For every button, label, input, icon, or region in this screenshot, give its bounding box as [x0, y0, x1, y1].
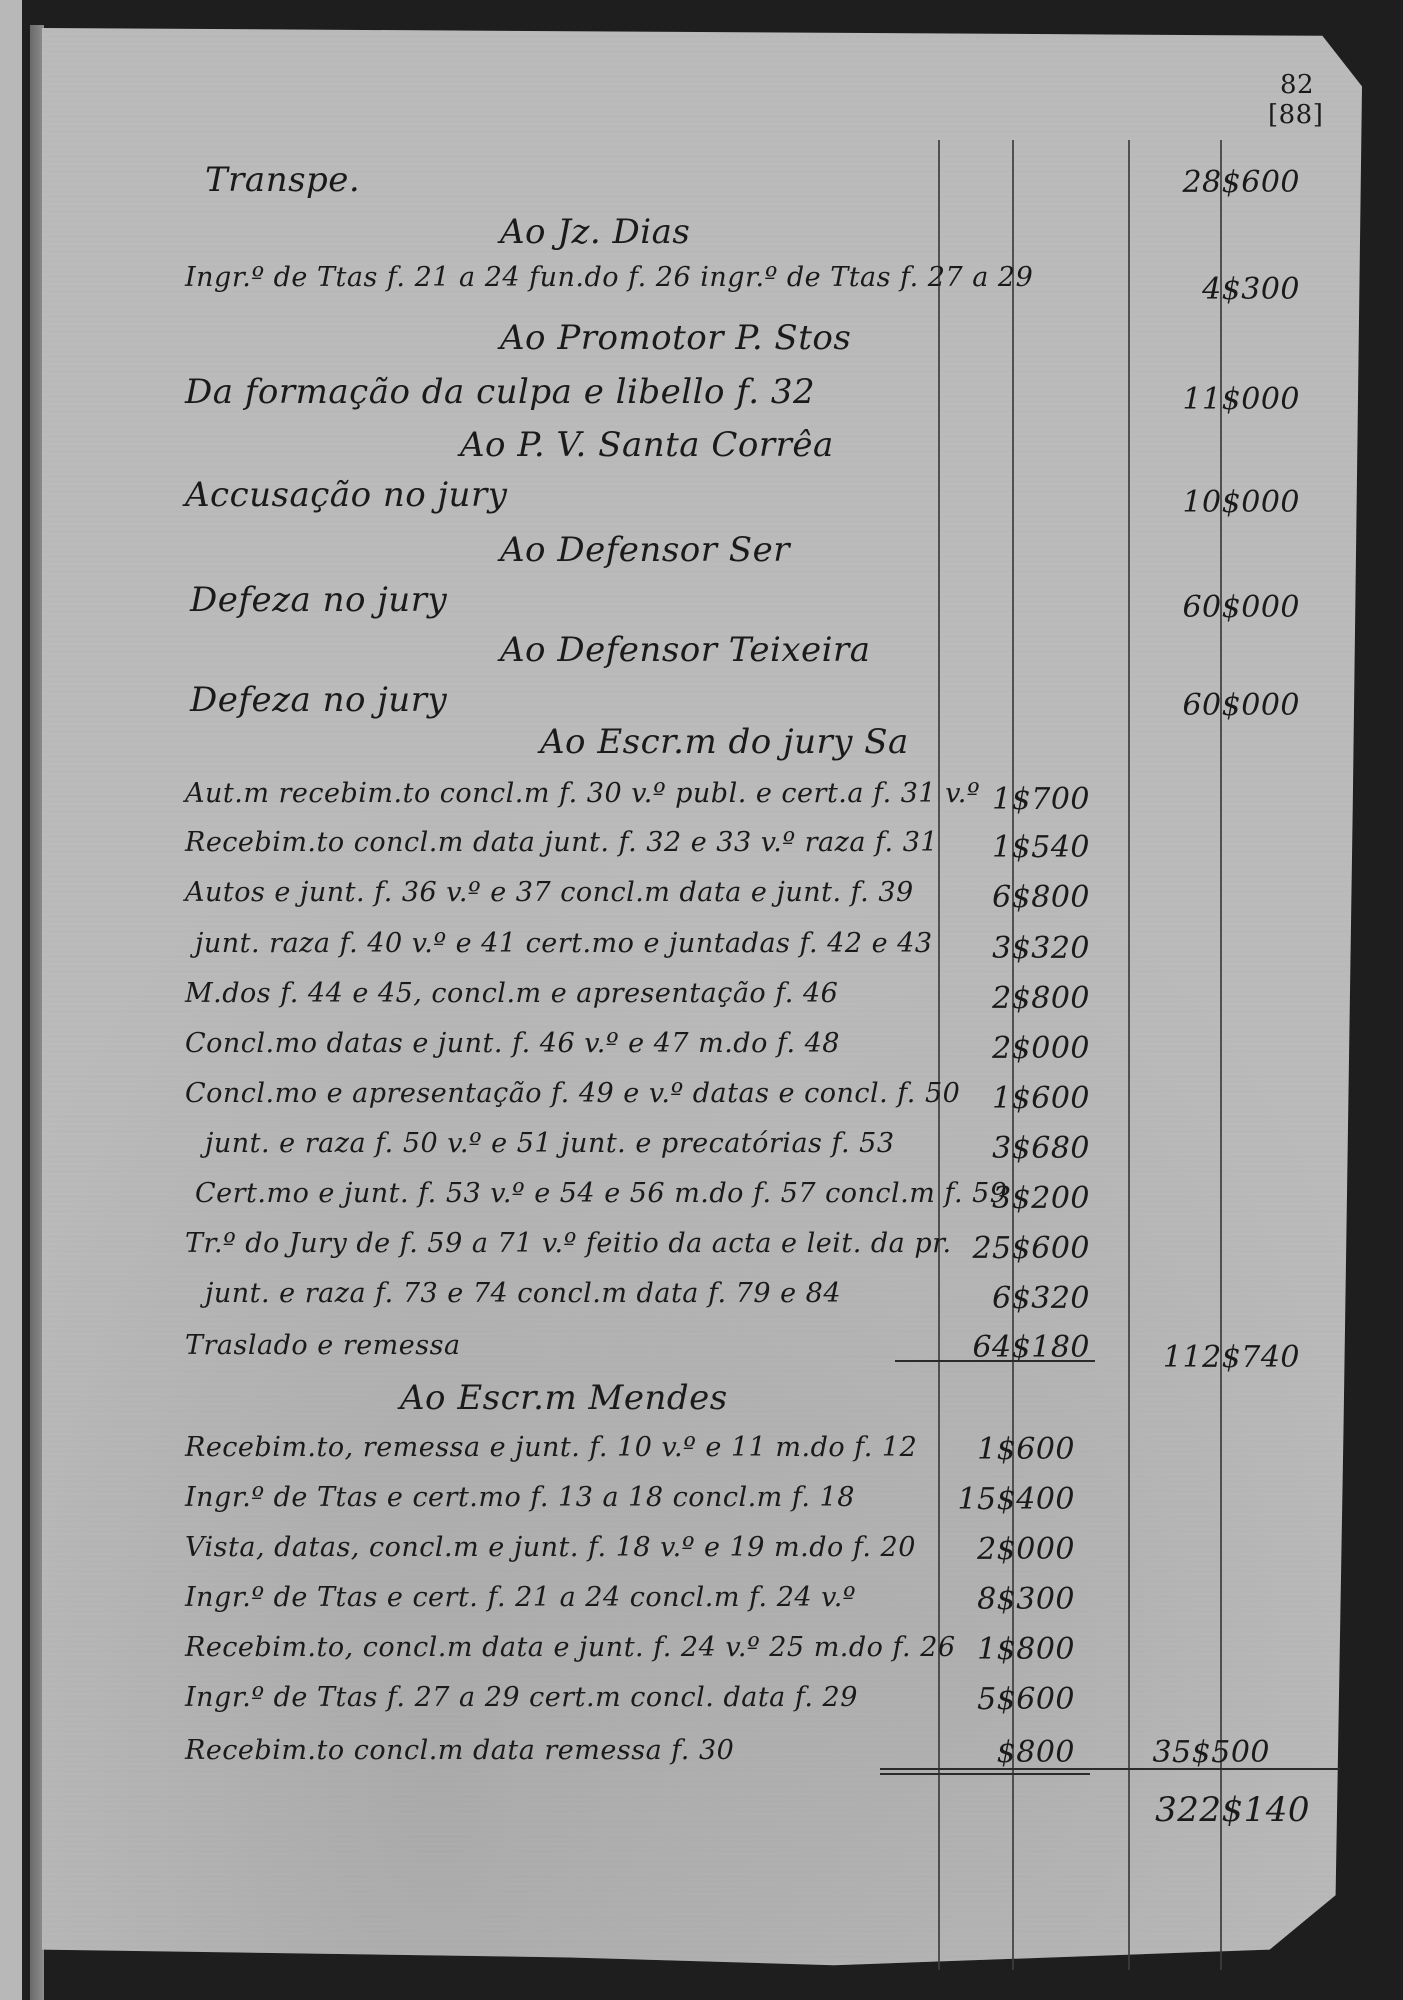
entry-text: junt. e raza f. 73 e 74 concl.m data f. …: [205, 1278, 841, 1309]
entry-amount: 15$400: [925, 1482, 1075, 1517]
entry-text: Defeza no jury: [190, 680, 447, 720]
section-heading: Ao Defensor Ser: [500, 530, 790, 570]
entry-text: Cert.mo e junt. f. 53 v.º e 54 e 56 m.do…: [195, 1178, 1007, 1209]
section-heading: Ao Jz. Dias: [500, 212, 690, 252]
double-rule: [880, 1773, 1090, 1775]
section-heading: Ao Escr.m do jury Sa: [540, 722, 909, 762]
binding-shadow: [30, 25, 44, 2000]
entry-amount: 2$800: [940, 981, 1090, 1016]
folio-bracketed-number: [88]: [1268, 100, 1323, 130]
section-heading: Ao Defensor Teixeira: [500, 630, 871, 670]
entry-amount: 1$700: [940, 782, 1090, 817]
entry-text: M.dos f. 44 e 45, concl.m e apresentação…: [185, 978, 838, 1009]
folio-number: 82: [1280, 70, 1314, 100]
entry-amount: 1$600: [925, 1432, 1075, 1467]
entry-amount: 60$000: [1150, 688, 1300, 723]
carried-forward-total: 28$600: [1150, 165, 1300, 200]
entry-text: Recebim.to, concl.m data e junt. f. 24 v…: [185, 1632, 956, 1663]
entry-amount: $800: [925, 1735, 1075, 1770]
entry-text: Concl.mo e apresentação f. 49 e v.º data…: [185, 1078, 960, 1109]
entry-text: Concl.mo datas e junt. f. 46 v.º e 47 m.…: [185, 1028, 840, 1059]
entry-text: Ingr.º de Ttas e cert. f. 21 a 24 concl.…: [185, 1582, 856, 1613]
entry-amount: 4$300: [1150, 272, 1300, 307]
entry-amount: 11$000: [1150, 382, 1300, 417]
section-subtotal: 112$740: [1150, 1340, 1300, 1375]
ruling-line-3: [1128, 140, 1130, 1970]
entry-amount: 5$600: [925, 1682, 1075, 1717]
grand-total-rule: [880, 1768, 1340, 1770]
entry-text: Tr.º do Jury de f. 59 a 71 v.º feitio da…: [185, 1228, 952, 1259]
entry-text: Defeza no jury: [190, 580, 447, 620]
entry-amount: 2$000: [925, 1532, 1075, 1567]
entry-amount: 1$800: [925, 1632, 1075, 1667]
section-subtotal: 35$500: [1120, 1735, 1270, 1770]
entry-text: Recebim.to concl.m data remessa f. 30: [185, 1735, 734, 1766]
entry-amount: 1$540: [940, 830, 1090, 865]
carried-forward-label: Transpe.: [205, 160, 360, 200]
entry-amount: 10$000: [1150, 485, 1300, 520]
entry-text: Aut.m recebim.to concl.m f. 30 v.º publ.…: [185, 778, 980, 809]
entry-text: Traslado e remessa: [185, 1330, 461, 1361]
entry-text: junt. raza f. 40 v.º e 41 cert.mo e junt…: [195, 928, 933, 959]
subtotal-rule: [895, 1360, 1095, 1362]
entry-text: Accusação no jury: [185, 475, 507, 515]
entry-amount: 6$800: [940, 880, 1090, 915]
grand-total: 322$140: [1140, 1790, 1310, 1830]
entry-amount: 3$320: [940, 931, 1090, 966]
entry-amount: 6$320: [940, 1281, 1090, 1316]
adjacent-page-edge: [0, 0, 22, 2000]
entry-text: junt. e raza f. 50 v.º e 51 junt. e prec…: [205, 1128, 895, 1159]
entry-amount: 3$680: [940, 1131, 1090, 1166]
section-heading: Ao Escr.m Mendes: [400, 1378, 728, 1418]
entry-amount: 3$200: [940, 1181, 1090, 1216]
entry-text: Da formação da culpa e libello f. 32: [185, 372, 815, 412]
entry-text: Recebim.to, remessa e junt. f. 10 v.º e …: [185, 1432, 917, 1463]
entry-text: Ingr.º de Ttas f. 21 a 24 fun.do f. 26 i…: [185, 262, 1033, 293]
section-heading: Ao Promotor P. Stos: [500, 318, 851, 358]
entry-text: Recebim.to concl.m data junt. f. 32 e 33…: [185, 827, 938, 858]
entry-amount: 60$000: [1150, 590, 1300, 625]
entry-text: Ingr.º de Ttas f. 27 a 29 cert.m concl. …: [185, 1682, 858, 1713]
entry-text: Ingr.º de Ttas e cert.mo f. 13 a 18 conc…: [185, 1482, 855, 1513]
entry-amount: 25$600: [940, 1231, 1090, 1266]
section-heading: Ao P. V. Santa Corrêa: [460, 425, 834, 465]
entry-amount: 1$600: [940, 1081, 1090, 1116]
entry-amount: 2$000: [940, 1031, 1090, 1066]
entry-amount: 8$300: [925, 1582, 1075, 1617]
entry-text: Vista, datas, concl.m e junt. f. 18 v.º …: [185, 1532, 916, 1563]
entry-text: Autos e junt. f. 36 v.º e 37 concl.m dat…: [185, 877, 914, 908]
